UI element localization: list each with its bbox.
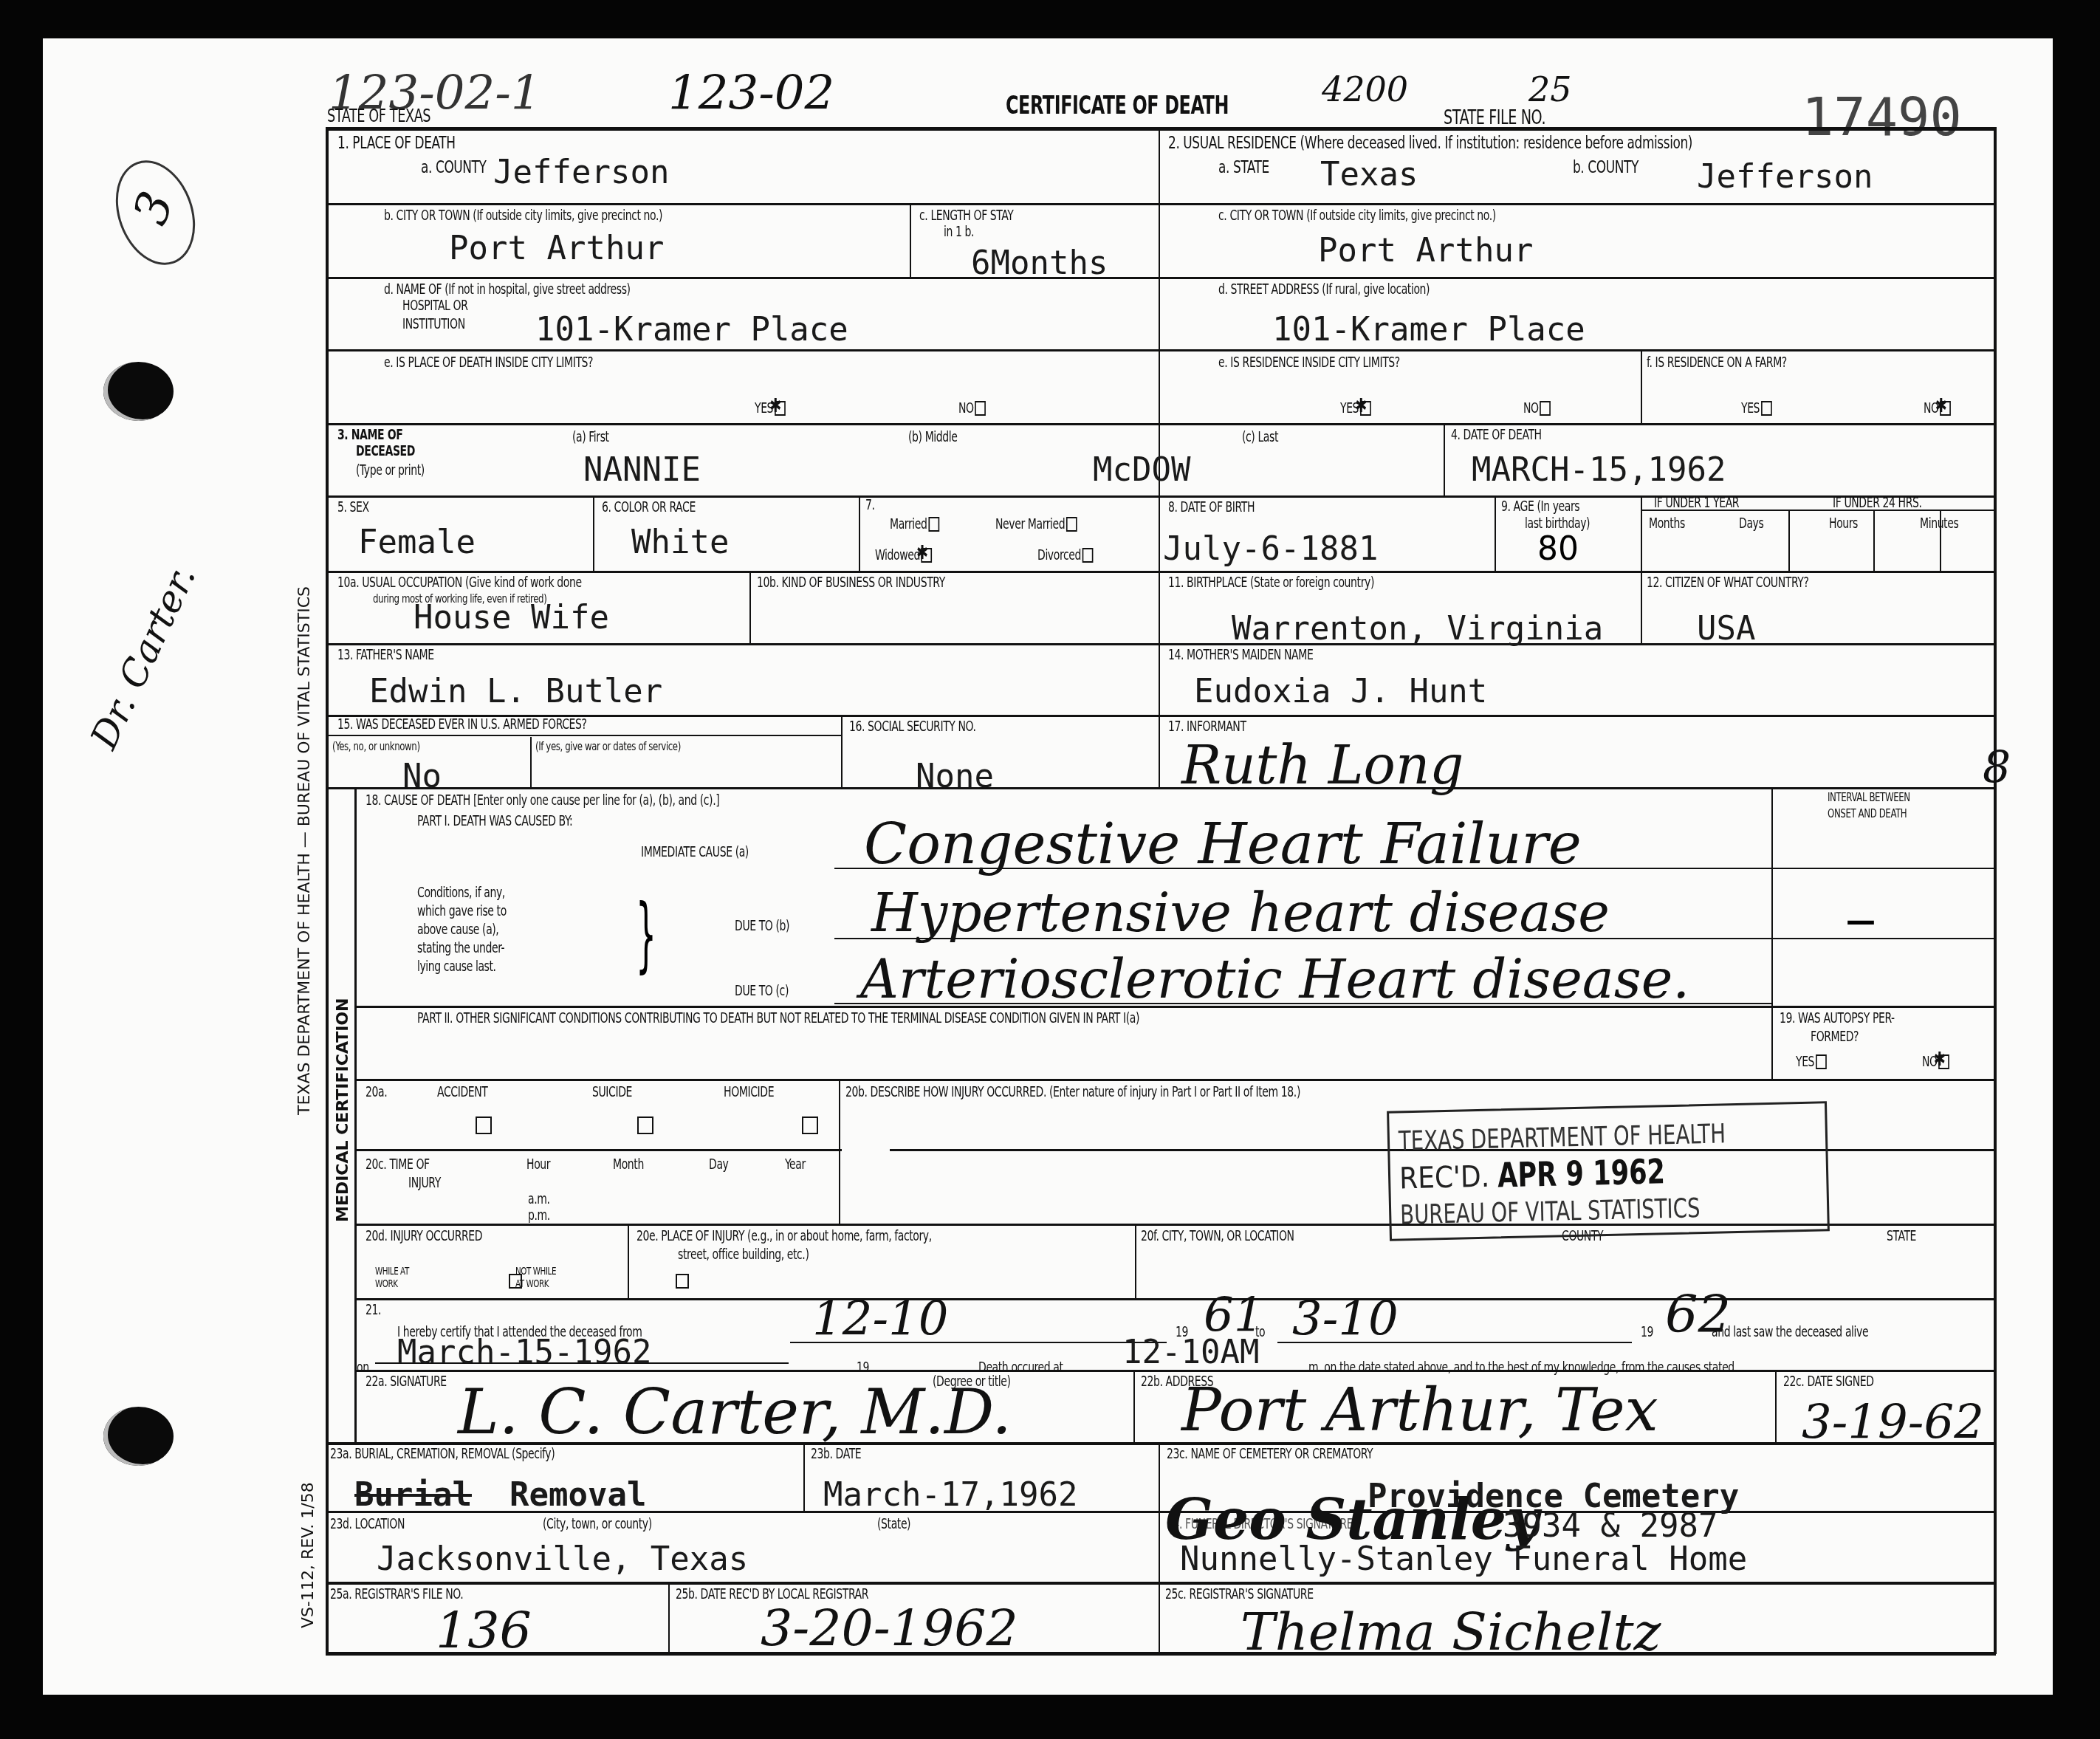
marital-divorced[interactable]: Divorced <box>1037 548 1093 563</box>
death-city-value[interactable]: Port Arthur <box>449 233 664 265</box>
interval-label-1: INTERVAL BETWEEN <box>1828 792 1910 804</box>
mother-label: 14. MOTHER'S MAIDEN NAME <box>1168 648 1313 663</box>
months-label: Months <box>1649 517 1685 532</box>
date-of-death-value[interactable]: MARCH-15,1962 <box>1472 454 1726 487</box>
row-line <box>354 1298 1995 1300</box>
pm-label: p.m. <box>528 1209 550 1224</box>
checkbox[interactable] <box>975 401 986 416</box>
col-divider <box>803 1442 805 1511</box>
residence-inside-no[interactable]: NO <box>1523 401 1551 416</box>
sex-label: 5. SEX <box>337 501 369 515</box>
checkbox-checked[interactable] <box>775 401 786 416</box>
death-inside-limits-label: e. IS PLACE OF DEATH INSIDE CITY LIMITS? <box>384 356 593 371</box>
not-while-work-1: NOT WHILE <box>515 1266 556 1277</box>
time-of-injury-label-2: INJURY <box>408 1176 441 1191</box>
farm-label: f. IS RESIDENCE ON A FARM? <box>1647 356 1787 371</box>
under-year-label: IF UNDER 1 YEAR <box>1654 496 1739 511</box>
form-bottom-border <box>326 1652 1996 1656</box>
residence-inside-limits-label: e. IS RESIDENCE INSIDE CITY LIMITS? <box>1218 356 1400 371</box>
armed-forces-sub-2: (If yes, give war or dates of service) <box>535 741 681 753</box>
col-divider <box>1495 495 1496 571</box>
time-of-injury-label-1: 20c. TIME OF <box>366 1158 430 1173</box>
to-year-prefix: 19 <box>1641 1325 1653 1340</box>
date-of-death-label: 4. DATE OF DEATH <box>1451 428 1542 443</box>
certificate-title: CERTIFICATE OF DEATH <box>1006 93 1229 120</box>
homicide-checkbox[interactable] <box>802 1117 818 1134</box>
name-label-2: DECEASED <box>356 445 415 459</box>
location-label: 23d. LOCATION <box>330 1517 405 1532</box>
immediate-cause-label: IMMEDIATE CAUSE (a) <box>641 846 749 860</box>
side-text-medical: MEDICAL CERTIFICATION <box>334 998 352 1222</box>
certification-tail: m. on the date stated above, and to the … <box>1308 1361 1737 1376</box>
registrar-signature-label: 25c. REGISTRAR'S SIGNATURE <box>1165 1588 1314 1602</box>
col-divider <box>668 1582 670 1653</box>
location-sub-1: (City, town, or county) <box>543 1517 652 1532</box>
from-date[interactable]: 12-10 <box>812 1296 949 1343</box>
due-to-b-value[interactable]: Hypertensive heart disease <box>871 886 1610 939</box>
registrar-signature[interactable]: Thelma Sicheltz <box>1241 1606 1661 1658</box>
checkbox-checked[interactable] <box>1940 401 1951 416</box>
on-date[interactable]: March-15-1962 <box>397 1337 651 1369</box>
checkbox[interactable] <box>1082 548 1094 563</box>
burial-date-label: 23b. DATE <box>811 1447 861 1462</box>
stamp-line-3: BUREAU OF VITAL STATISTICS <box>1400 1193 1701 1230</box>
medical-cert-border <box>354 787 357 1442</box>
mother-value[interactable]: Eudoxia J. Hunt <box>1194 676 1487 708</box>
funeral-home-value[interactable]: Nunnelly-Stanley Funeral Home <box>1180 1543 1747 1576</box>
col-divider <box>910 203 911 277</box>
month-label: Month <box>613 1158 644 1173</box>
handwritten-code-3: 4200 <box>1322 72 1408 106</box>
stamp-line-2-prefix: REC'D. <box>1399 1160 1490 1196</box>
checkbox-checked[interactable] <box>1360 401 1371 416</box>
col-divider <box>628 1224 629 1298</box>
death-inside-yes[interactable]: YES <box>755 401 785 416</box>
interval-line-b <box>1771 938 1995 939</box>
last-name-label: (c) Last <box>1242 431 1278 445</box>
armed-forces-sub-1: (Yes, no, or unknown) <box>332 741 420 753</box>
middle-name-label: (b) Middle <box>908 431 958 445</box>
business-label: 10b. KIND OF BUSINESS OR INDUSTRY <box>757 576 945 591</box>
marital-married[interactable]: Married <box>890 517 939 532</box>
days-label: Days <box>1739 517 1763 532</box>
ssn-label: 16. SOCIAL SECURITY NO. <box>849 720 976 735</box>
autopsy-no[interactable]: NO <box>1922 1054 1949 1069</box>
marital-label: 7. <box>865 498 875 513</box>
row-line <box>354 1079 1995 1081</box>
registrar-file-value[interactable]: 136 <box>436 1606 532 1656</box>
state-file-number: 17490 <box>1802 90 1962 143</box>
row-line <box>326 735 841 736</box>
am-label: a.m. <box>528 1193 550 1207</box>
death-inside-no[interactable]: NO <box>958 401 986 416</box>
checkbox[interactable] <box>928 517 939 532</box>
checkbox[interactable] <box>1761 401 1772 416</box>
row-line <box>326 203 1996 205</box>
col-divider <box>839 1079 840 1224</box>
checkbox[interactable] <box>1540 401 1551 416</box>
hospital-label-2: HOSPITAL OR <box>402 299 468 314</box>
not-while-work-checkbox[interactable] <box>676 1274 689 1289</box>
accident-label: ACCIDENT <box>437 1085 487 1100</box>
stamp-line-2-date: APR 9 1962 <box>1497 1151 1665 1195</box>
state-file-label: STATE FILE NO. <box>1444 109 1545 128</box>
armed-forces-value[interactable]: No <box>402 761 442 793</box>
injury-state-label: STATE <box>1887 1229 1916 1244</box>
under-day-label: IF UNDER 24 HRS. <box>1833 496 1922 511</box>
col-divider <box>1788 510 1790 571</box>
stamp-line-1: TEXAS DEPARTMENT OF HEALTH <box>1399 1119 1726 1156</box>
col-divider <box>841 715 843 787</box>
armed-forces-label: 15. WAS DECEASED EVER IN U.S. ARMED FORC… <box>337 718 587 733</box>
hours-label: Hours <box>1829 517 1858 532</box>
suicide-label: SUICIDE <box>592 1085 632 1100</box>
first-name-label: (a) First <box>572 431 609 445</box>
location-sub-2: (State) <box>877 1517 910 1532</box>
conditions-note-4: stating the under- <box>417 941 504 956</box>
farm-yes[interactable]: YES <box>1741 401 1771 416</box>
last-saw-text: and last saw the deceased alive <box>1712 1325 1868 1340</box>
dob-value[interactable]: July-6-1881 <box>1163 533 1378 566</box>
physician-signature[interactable]: L. C. Carter, M.D. <box>458 1381 1012 1443</box>
signature-label: 22a. SIGNATURE <box>366 1375 447 1390</box>
name-label-1: 3. NAME OF <box>337 428 402 443</box>
burial-date-value[interactable]: March-17,1962 <box>823 1479 1077 1512</box>
autopsy-label-2: FORMED? <box>1811 1030 1859 1045</box>
street-address-value[interactable]: 101-Kramer Place <box>1272 314 1585 346</box>
residence-county-label: b. COUNTY <box>1573 159 1639 176</box>
handwritten-code-2: 123-02 <box>668 70 834 117</box>
col-divider <box>1444 423 1445 495</box>
col-divider <box>1159 1442 1160 1653</box>
col-divider <box>749 571 751 643</box>
death-time[interactable]: 12-10AM <box>1122 1337 1259 1369</box>
autopsy-label-1: 19. WAS AUTOPSY PER- <box>1780 1012 1895 1026</box>
margin-mark: 8 <box>1983 746 2011 790</box>
dob-label: 8. DATE OF BIRTH <box>1168 501 1255 515</box>
checkbox[interactable] <box>1066 517 1077 532</box>
birthplace-value[interactable]: Warrenton, Virginia <box>1232 613 1603 645</box>
length-of-stay-label-2: in 1 b. <box>944 225 974 240</box>
interval-b-value[interactable]: — <box>1846 905 1876 939</box>
residence-state-label: a. STATE <box>1218 159 1269 176</box>
col-divider <box>1641 495 1642 643</box>
due-to-c-label: DUE TO (c) <box>735 984 789 999</box>
day-label: Day <box>709 1158 728 1173</box>
cause-of-death-label: 18. CAUSE OF DEATH [Enter only one cause… <box>366 794 719 809</box>
farm-no[interactable]: NO <box>1924 401 1951 416</box>
col-divider <box>1873 510 1875 571</box>
col-divider <box>530 737 532 787</box>
row-line <box>326 349 1996 351</box>
brace: } <box>636 893 656 975</box>
date-signed-label: 22c. DATE SIGNED <box>1783 1375 1874 1390</box>
race-value[interactable]: White <box>631 526 729 559</box>
conditions-note-2: which gave rise to <box>417 905 507 919</box>
length-of-stay-label-1: c. LENGTH OF STAY <box>919 209 1013 224</box>
residence-county-value[interactable]: Jefferson <box>1697 161 1873 193</box>
form-right-border <box>1994 127 1997 1654</box>
row-line <box>326 495 1996 498</box>
side-text-department: TEXAS DEPARTMENT OF HEALTH — BUREAU OF V… <box>295 586 314 1115</box>
residence-inside-yes[interactable]: YES <box>1340 401 1370 416</box>
residence-label: 2. USUAL RESIDENCE (Where deceased lived… <box>1168 134 1692 152</box>
sex-value[interactable]: Female <box>358 526 476 559</box>
row-line <box>326 277 1996 279</box>
col-divider <box>1135 1224 1136 1298</box>
describe-injury-label: 20b. DESCRIBE HOW INJURY OCCURRED. (Ente… <box>845 1085 1300 1100</box>
place-of-injury-label-1: 20e. PLACE OF INJURY (e.g., in or about … <box>636 1229 932 1244</box>
date-signed-value[interactable]: 3-19-62 <box>1802 1399 1984 1447</box>
checkbox-checked[interactable] <box>1938 1054 1949 1069</box>
suicide-checkbox[interactable] <box>637 1117 653 1134</box>
conditions-note-1: Conditions, if any, <box>417 886 505 901</box>
form-number: VS-112, REV. 1/58 <box>299 1482 318 1628</box>
row-line <box>326 787 1996 789</box>
injury-type-label: 20a. <box>366 1085 387 1100</box>
license-numbers[interactable]: 3934 & 2987 <box>1503 1510 1718 1543</box>
death-county-value[interactable]: Jefferson <box>493 157 669 189</box>
length-of-stay-value[interactable]: 6Months <box>971 247 1108 280</box>
immediate-cause-value[interactable]: Congestive Heart Failure <box>864 816 1582 872</box>
to-date[interactable]: 3-10 <box>1292 1296 1399 1343</box>
informant-label: 17. INFORMANT <box>1168 720 1246 735</box>
citizen-value[interactable]: USA <box>1697 613 1755 645</box>
injury-occurred-label: 20d. INJURY OCCURRED <box>366 1229 482 1244</box>
conditions-note-3: above cause (a), <box>417 923 498 938</box>
part1-label: PART I. DEATH WAS CAUSED BY: <box>417 814 572 829</box>
interval-label-2: ONSET AND DEATH <box>1828 808 1907 820</box>
accident-checkbox[interactable] <box>476 1117 492 1134</box>
registrar-date-value[interactable]: 3-20-1962 <box>761 1604 1018 1654</box>
informant-signature[interactable]: Ruth Long <box>1181 738 1464 792</box>
checkbox[interactable] <box>1816 1054 1827 1069</box>
age-label-1: 9. AGE (In years <box>1501 500 1579 515</box>
while-at-work-1: WHILE AT <box>375 1266 409 1277</box>
col-divider <box>1641 349 1642 423</box>
marital-never-married[interactable]: Never Married <box>995 517 1077 532</box>
first-name-value[interactable]: NANNIE <box>583 454 701 487</box>
on-year-prefix: 19 <box>857 1361 869 1376</box>
residence-city-label: c. CITY OR TOWN (If outside city limits,… <box>1218 209 1496 224</box>
funeral-director-signature[interactable]: Geo Stanley <box>1165 1492 1539 1548</box>
registrar-file-label: 25a. REGISTRAR'S FILE NO. <box>330 1588 463 1602</box>
hour-label: Hour <box>526 1158 550 1173</box>
hospital-value[interactable]: 101-Kramer Place <box>535 314 848 346</box>
occupation-value[interactable]: House Wife <box>414 602 609 634</box>
col-divider <box>1775 1370 1777 1442</box>
residence-city-value[interactable]: Port Arthur <box>1318 235 1533 267</box>
father-value[interactable]: Edwin L. Butler <box>369 676 662 708</box>
occupation-label-1: 10a. USUAL OCCUPATION (Give kind of work… <box>337 576 582 591</box>
burial-type-struck: Burial <box>354 1479 472 1512</box>
col-divider <box>859 495 860 571</box>
citizen-label: 12. CITIZEN OF WHAT COUNTRY? <box>1647 576 1808 591</box>
residence-state-value[interactable]: Texas <box>1320 159 1418 191</box>
interval-line-a <box>1771 868 1995 869</box>
part2-label: PART II. OTHER SIGNIFICANT CONDITIONS CO… <box>417 1012 1139 1026</box>
injury-city-label: 20f. CITY, TOWN, OR LOCATION <box>1141 1229 1294 1244</box>
autopsy-yes[interactable]: YES <box>1796 1054 1826 1069</box>
row-line <box>354 1149 842 1151</box>
row-line <box>326 571 1996 573</box>
not-while-work-2: AT WORK <box>515 1279 549 1290</box>
col-divider <box>1133 1370 1135 1442</box>
burial-type-label: 23a. BURIAL, CREMATION, REMOVAL (Specify… <box>330 1447 555 1462</box>
received-stamp: TEXAS DEPARTMENT OF HEALTH REC'D. APR 9 … <box>1387 1101 1830 1241</box>
form-top-border <box>326 127 1996 131</box>
conditions-note-5: lying cause last. <box>417 960 496 975</box>
col-divider <box>1771 787 1773 1080</box>
physician-address[interactable]: Port Arthur, Tex <box>1181 1381 1658 1440</box>
death-city-label: b. CITY OR TOWN (If outside city limits,… <box>384 209 662 224</box>
due-to-c-value[interactable]: Arteriosclerotic Heart disease. <box>860 953 1689 1006</box>
ssn-value[interactable]: None <box>916 761 994 793</box>
street-address-label: d. STREET ADDRESS (If rural, give locati… <box>1218 283 1430 298</box>
birthplace-label: 11. BIRTHPLACE (State or foreign country… <box>1168 576 1374 591</box>
handwritten-code-4: 25 <box>1528 72 1572 106</box>
hospital-label-3: INSTITUTION <box>402 318 465 332</box>
name-label-3: (Type or print) <box>356 464 425 479</box>
place-of-injury-label-2: street, office building, etc.) <box>678 1248 809 1263</box>
year-label: Year <box>785 1158 806 1173</box>
race-label: 6. COLOR OR RACE <box>602 501 696 515</box>
certification-number: 21. <box>366 1303 381 1318</box>
form-left-border <box>326 127 329 1654</box>
marital-widowed[interactable]: Widowed <box>875 548 932 563</box>
punch-hole-top <box>103 362 174 421</box>
burial-type-value[interactable]: Removal <box>509 1479 646 1512</box>
due-to-b-label: DUE TO (b) <box>735 919 789 934</box>
age-value[interactable]: 80 <box>1537 530 1579 568</box>
last-name-value[interactable]: McDOW <box>1093 454 1190 487</box>
minutes-label: Minutes <box>1920 517 1958 532</box>
col-divider <box>593 495 594 571</box>
state-header: STATE OF TEXAS <box>327 107 430 126</box>
homicide-label: HOMICIDE <box>724 1085 774 1100</box>
hospital-label-1: d. NAME OF (If not in hospital, give str… <box>384 283 631 298</box>
row-line <box>326 423 1996 425</box>
age-label-2: last birthday) <box>1525 517 1590 532</box>
death-county-label: a. COUNTY <box>421 159 487 176</box>
location-value[interactable]: Jacksonville, Texas <box>377 1543 748 1576</box>
row-line <box>326 1582 1996 1585</box>
cemetery-label: 23c. NAME OF CEMETERY OR CREMATORY <box>1167 1447 1373 1462</box>
while-at-work-2: WORK <box>375 1279 398 1290</box>
father-label: 13. FATHER'S NAME <box>337 648 434 663</box>
punch-hole-bottom <box>103 1407 174 1466</box>
checkbox-checked[interactable] <box>922 548 933 563</box>
place-of-death-label: 1. PLACE OF DEATH <box>337 134 456 152</box>
